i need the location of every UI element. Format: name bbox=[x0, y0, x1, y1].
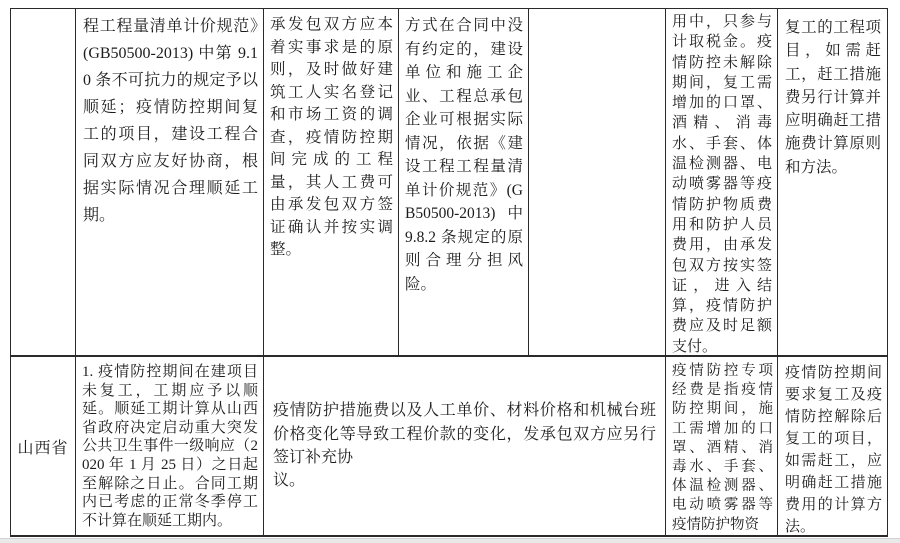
row1-contract-risk-cell: 方式在合同中没有约定的，建设单位和施工企业、工程总承包企业可根据实际情况，依据《… bbox=[399, 9, 529, 357]
row2-duration-policy-cell: 1. 疫情防控期间在建项目未复工，工期应予以顺延。顺延工期计算从山西省政府决定启… bbox=[76, 357, 264, 535]
row1-rush-work-cell: 复工的工程项目，如需赶工，赶工措施费另行计算并应明确赶工措施费计算原则和方法。 bbox=[778, 9, 887, 357]
province-label-shanxi: 山西省 bbox=[11, 357, 76, 535]
row1-empty-cell bbox=[529, 9, 666, 357]
row1-labor-cost-cell: 承发包双方应本着实事求是的原则，及时做好建筑工人实名登记和市场工资的调查，疫情防… bbox=[264, 9, 399, 357]
row2-rush-work-cell: 疫情防控期间要求复工及疫情防控解除后复工的项目，如需赶工，应明确赶工措施费用的计… bbox=[778, 357, 887, 535]
merged-cell-text: 疫情防护措施费以及人工单价、材料价格和机械台班价格变化等导致工程价款的变化，发承… bbox=[273, 399, 656, 492]
row2-epidemic-fee-cell: 疫情防控专项经费是指疫情防控期间，施工需增加的口罩、酒精、消毒水、手套、体温检测… bbox=[666, 357, 778, 535]
row2-merged-price-adjustment-cell: 疫情防护措施费以及人工单价、材料价格和机械台班价格变化等导致工程价款的变化，发承… bbox=[264, 357, 666, 535]
page-bottom-edge bbox=[0, 538, 900, 543]
row1-province-cell-empty bbox=[11, 9, 76, 357]
document-page: 程工程量清单计价规范》(GB50500-2013) 中第 9.10 条不可抗力的… bbox=[0, 0, 900, 543]
policy-table: 程工程量清单计价规范》(GB50500-2013) 中第 9.10 条不可抗力的… bbox=[10, 8, 888, 537]
row1-duration-policy-cell: 程工程量清单计价规范》(GB50500-2013) 中第 9.10 条不可抗力的… bbox=[76, 9, 264, 357]
row1-epidemic-fee-cell: 用中，只参与计取税金。疫情防控未解除期间，复工需增加的口罩、酒精、消毒水、手套、… bbox=[666, 9, 778, 357]
